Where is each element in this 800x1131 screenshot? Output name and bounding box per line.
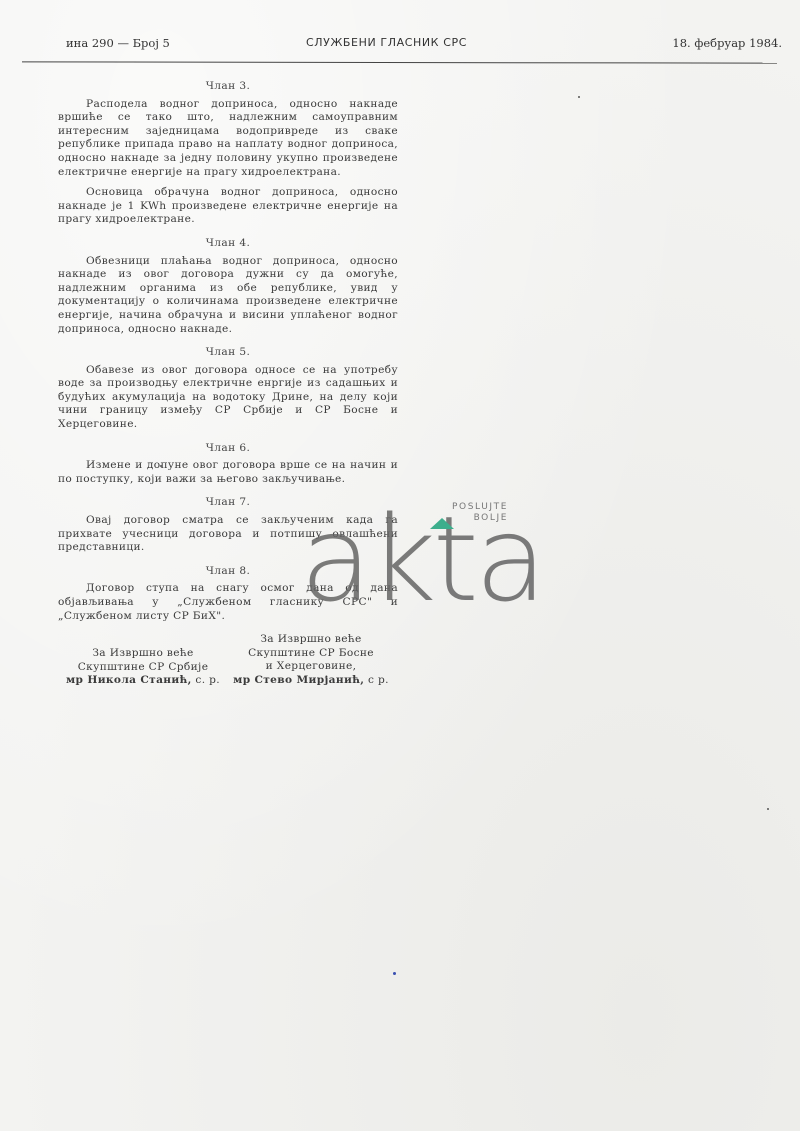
scan-speck — [767, 808, 769, 810]
article-title: Члан 5. — [58, 346, 398, 360]
signature-line: и Херцеговине, — [226, 660, 396, 674]
signature-line: За Извршно веће — [226, 633, 396, 647]
issue-date: 18. фебруар 1984. — [672, 36, 782, 50]
article-paragraph: Обавезе из овог договора односе се на уп… — [58, 364, 398, 432]
signature-line: Скупштине СР Србије — [58, 661, 228, 675]
article-title: Члан 7. — [58, 496, 398, 510]
signatory-name: мр Никола Станић, с. р. — [58, 674, 228, 688]
article-8: Члан 8. Договор ступа на снагу осмог дан… — [58, 565, 398, 623]
signatory-name-text: мр Никола Станић, — [66, 674, 192, 686]
scan-speck — [160, 465, 162, 467]
article-4: Члан 4. Обвезници плаћања водног доприно… — [58, 237, 398, 336]
signatory-name-text: мр Стево Мирјанић, — [233, 674, 364, 686]
page-number-issue: ина 290 — Број 5 — [66, 36, 170, 50]
article-paragraph: Измене и допуне овог договора врше се на… — [58, 459, 398, 486]
scan-speck — [393, 972, 396, 975]
article-6: Члан 6. Измене и допуне овог договора вр… — [58, 442, 398, 487]
signature-suffix: с. р. — [192, 674, 220, 686]
article-title: Члан 4. — [58, 237, 398, 251]
signatory-name: мр Стево Мирјанић, с р. — [226, 674, 396, 688]
article-title: Члан 8. — [58, 565, 398, 579]
article-paragraph: Овај договор сматра се закљученим када г… — [58, 514, 398, 555]
signature-serbia: За Извршно веће Скупштине СР Србије мр Н… — [58, 647, 228, 688]
article-3: Члан 3. Расподела водног доприноса, одно… — [58, 80, 398, 227]
signature-suffix: с р. — [364, 674, 389, 686]
article-paragraph: Договор ступа на снагу осмог дана од дан… — [58, 582, 398, 623]
article-title: Члан 6. — [58, 442, 398, 456]
article-paragraph: Основица обрачуна водног доприноса, одно… — [58, 186, 398, 227]
document-column: Члан 3. Расподела водног доприноса, одно… — [58, 80, 398, 697]
article-paragraph: Расподела водног доприноса, односно накн… — [58, 98, 398, 180]
signature-line: За Извршно веће — [58, 647, 228, 661]
signature-line: Скупштине СР Босне — [226, 647, 396, 661]
signature-bih: За Извршно веће Скупштине СР Босне и Хер… — [226, 633, 396, 687]
article-7: Члан 7. Овај договор сматра се закључени… — [58, 496, 398, 554]
article-paragraph: Обвезници плаћања водног доприноса, одно… — [58, 255, 398, 337]
article-title: Члан 3. — [58, 80, 398, 94]
article-5: Члан 5. Обавезе из овог договора односе … — [58, 346, 398, 432]
scan-speck — [578, 96, 580, 98]
publication-title: СЛУЖБЕНИ ГЛАСНИК СРС — [306, 36, 467, 49]
page-header: ина 290 — Број 5 СЛУЖБЕНИ ГЛАСНИК СРС 18… — [66, 36, 788, 56]
signature-block: За Извршно веће Скупштине СР Србије мр Н… — [58, 633, 398, 697]
